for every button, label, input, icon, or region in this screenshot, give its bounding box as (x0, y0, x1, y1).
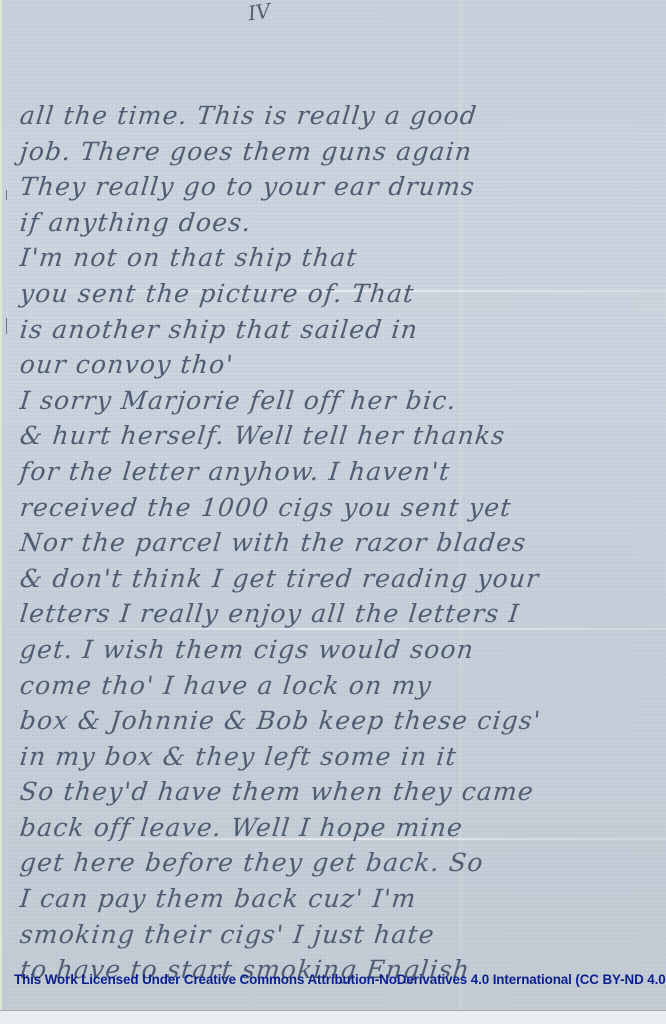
letter-line: Nor the parcel with the razor blades (0, 525, 666, 561)
page-number: IV (246, 0, 271, 25)
letter-line: I can pay them back cuz' I'm (0, 881, 666, 917)
letter-line: letters I really enjoy all the letters I (0, 596, 666, 632)
letter-line: is another ship that sailed in (0, 312, 666, 348)
letter-line: smoking their cigs' I just hate (0, 917, 666, 953)
letter-line: They really go to your ear drums (0, 169, 666, 205)
letter-line: all the time. This is really a good (0, 98, 666, 134)
letter-page: IV all the time. This is really a goodjo… (0, 0, 666, 1024)
letter-line: So they'd have them when they came (0, 774, 666, 810)
letter-line: our convoy tho' (0, 347, 666, 383)
letter-line: get here before they get back. So (0, 845, 666, 881)
paper-bottom-edge (0, 1010, 666, 1024)
letter-line: back off leave. Well I hope mine (0, 810, 666, 846)
letter-line: get. I wish them cigs would soon (0, 632, 666, 668)
letter-line: & don't think I get tired reading your (0, 561, 666, 597)
letter-line: for the letter anyhow. I haven't (0, 454, 666, 490)
letter-line: you sent the picture of. That (0, 276, 666, 312)
letter-line: & hurt herself. Well tell her thanks (0, 418, 666, 454)
letter-line: in my box & they left some in it (0, 739, 666, 775)
letter-line: received the 1000 cigs you sent yet (0, 490, 666, 526)
letter-line: if anything does. (0, 205, 666, 241)
license-notice: This Work Licensed Under Creative Common… (14, 972, 666, 987)
letter-line: I sorry Marjorie fell off her bic. (0, 383, 666, 419)
letter-body: all the time. This is really a goodjob. … (0, 98, 666, 988)
letter-line: box & Johnnie & Bob keep these cigs' (0, 703, 666, 739)
letter-line: job. There goes them guns again (0, 134, 666, 170)
letter-line: come tho' I have a lock on my (0, 668, 666, 704)
letter-line: I'm not on that ship that (0, 240, 666, 276)
